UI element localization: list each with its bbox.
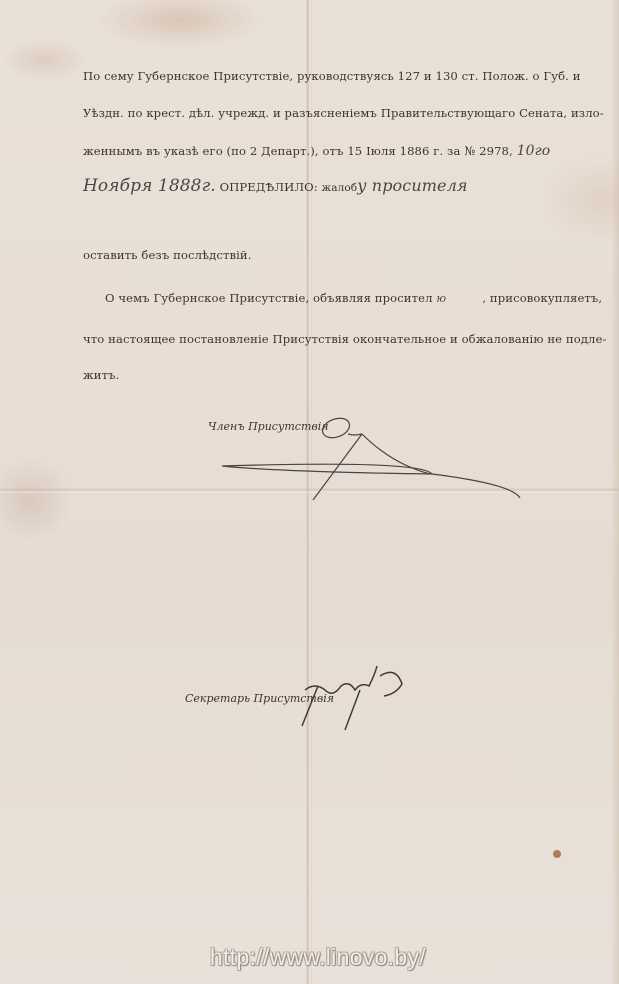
secretary-signature	[0, 0, 619, 984]
document-page: По сему Губернское Присутствіе, руководс…	[0, 0, 619, 984]
watermark-url: http://www.linovo.by/	[210, 944, 426, 971]
